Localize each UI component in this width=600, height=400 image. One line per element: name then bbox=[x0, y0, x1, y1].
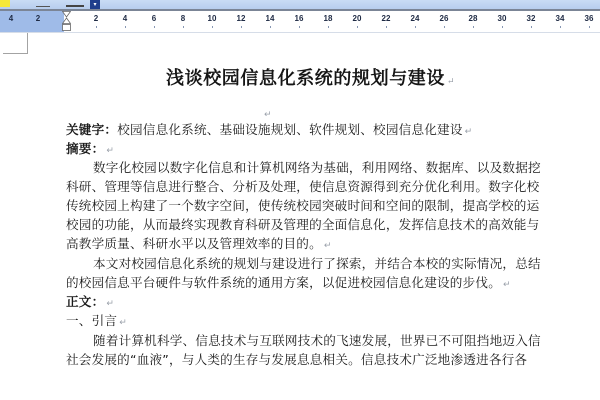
ruler-label: 14 bbox=[262, 14, 278, 23]
abstract-line-text: 的校园信息平台硬件与软件系统的通用方案，以促进校园信息化建设的步伐。 bbox=[66, 275, 501, 290]
ruler-label: 2 bbox=[30, 14, 46, 23]
ruler-label: 32 bbox=[523, 14, 539, 23]
abstract-line: 数字化校园以数字化信息和计算机网络为基础，利用网络、数据库、以及数据挖 bbox=[66, 160, 541, 176]
highlight-color-icon[interactable] bbox=[0, 0, 10, 7]
abstract-line: 科研、管理等信息进行整合、分析及处理，使信息资源得到充分优化利用。数字化校 bbox=[66, 179, 539, 195]
ruler-label: 2 bbox=[88, 14, 104, 23]
abstract-line: 校园的功能，从而最终实现教育科研及管理的全面信息化，发挥信息技术的高效能与 bbox=[66, 217, 539, 233]
ruler-minor-tick bbox=[473, 26, 474, 28]
body-line: 随着计算机科学、信息技术与互联网技术的飞速发展，世界已不可阻挡地迈入信 bbox=[66, 333, 541, 349]
paragraph-mark-icon: ↵ bbox=[447, 77, 455, 87]
document-title: 浅谈校园信息化系统的规划与建设↵ bbox=[166, 64, 455, 90]
toolbar-strip: ▾ bbox=[0, 0, 600, 11]
paragraph-mark-icon: ↵ bbox=[264, 110, 272, 120]
ruler-label: 4 bbox=[3, 14, 19, 23]
ruler-label: 26 bbox=[436, 14, 452, 23]
horizontal-ruler[interactable]: 4 2 2 4 6 8 10 12 14 16 18 20 22 24 26 2… bbox=[0, 11, 600, 33]
format-painter-icon[interactable] bbox=[36, 0, 50, 7]
ruler-minor-tick bbox=[241, 26, 242, 28]
ruler-label: 20 bbox=[349, 14, 365, 23]
ruler-minor-tick bbox=[357, 26, 358, 28]
ruler-label: 4 bbox=[117, 14, 133, 23]
abstract-line-text: 高教学质量、科研水平以及管理效率的目的。 bbox=[66, 236, 322, 251]
abstract-line: 本文对校园信息化系统的规划与建设进行了探索，并结合本校的实际情况，总结 bbox=[66, 256, 541, 272]
paragraph-mark-icon: ↵ bbox=[324, 241, 332, 251]
abstract-label: 摘要： bbox=[66, 141, 104, 156]
ruler-minor-tick bbox=[96, 26, 97, 28]
ruler-minor-tick bbox=[183, 26, 184, 28]
border-icon[interactable] bbox=[66, 0, 84, 7]
ruler-minor-tick bbox=[270, 26, 271, 28]
paragraph-mark-icon: ↵ bbox=[503, 280, 511, 290]
ruler-label: 8 bbox=[175, 14, 191, 23]
ruler-label: 6 bbox=[146, 14, 162, 23]
empty-paragraph: ↵ bbox=[262, 102, 272, 121]
keywords-line: 关键字：校园信息化系统、基础设施规划、软件规划、校园信息化建设↵ bbox=[66, 122, 472, 140]
keywords-text: 校园信息化系统、基础设施规划、软件规划、校园信息化建设 bbox=[117, 122, 462, 137]
abstract-heading: 摘要：↵ bbox=[66, 141, 114, 159]
abstract-line: 传统校园上构建了一个数字空间，使传统校园突破时间和空间的限制，提高学校的运 bbox=[66, 198, 539, 214]
abstract-line-end: 高教学质量、科研水平以及管理效率的目的。↵ bbox=[66, 236, 332, 254]
page-margin-corner bbox=[3, 33, 28, 54]
ruler-minor-tick bbox=[328, 26, 329, 28]
ruler-label: 28 bbox=[465, 14, 481, 23]
section-heading-text: 一、引言 bbox=[66, 313, 117, 328]
body-heading: 正文：↵ bbox=[66, 294, 114, 312]
ruler-minor-tick bbox=[125, 26, 126, 28]
body-label: 正文： bbox=[66, 294, 104, 309]
ruler-label: 34 bbox=[552, 14, 568, 23]
toolbar-options-dropdown[interactable]: ▾ bbox=[90, 0, 100, 9]
indent-marker-handle[interactable] bbox=[62, 11, 71, 33]
ruler-label: 18 bbox=[320, 14, 336, 23]
ruler-label: 30 bbox=[494, 14, 510, 23]
title-text: 浅谈校园信息化系统的规划与建设 bbox=[166, 68, 445, 89]
ruler-label: 36 bbox=[581, 14, 597, 23]
keywords-label: 关键字： bbox=[66, 122, 117, 137]
paragraph-mark-icon: ↵ bbox=[106, 146, 114, 156]
ruler-label: 22 bbox=[378, 14, 394, 23]
ruler-minor-tick bbox=[444, 26, 445, 28]
ruler-minor-tick bbox=[212, 26, 213, 28]
ruler-label: 12 bbox=[233, 14, 249, 23]
ruler-label: 24 bbox=[407, 14, 423, 23]
ruler-minor-tick bbox=[154, 26, 155, 28]
abstract-line-end: 的校园信息平台硬件与软件系统的通用方案，以促进校园信息化建设的步伐。↵ bbox=[66, 275, 511, 293]
ruler-minor-tick bbox=[560, 26, 561, 28]
ruler-label: 10 bbox=[204, 14, 220, 23]
body-line: 社会发展的“血液”，与人类的生存与发展息息相关。信息技术广泛地渗透进各行各 bbox=[66, 352, 527, 368]
ruler-minor-tick bbox=[299, 26, 300, 28]
ruler-minor-tick bbox=[502, 26, 503, 28]
paragraph-mark-icon: ↵ bbox=[465, 127, 473, 137]
ruler-minor-tick bbox=[386, 26, 387, 28]
section-heading: 一、引言↵ bbox=[66, 313, 127, 331]
ruler-minor-tick bbox=[531, 26, 532, 28]
paragraph-mark-icon: ↵ bbox=[119, 318, 127, 328]
paragraph-mark-icon: ↵ bbox=[106, 299, 114, 309]
ruler-minor-tick bbox=[415, 26, 416, 28]
ruler-minor-tick bbox=[589, 26, 590, 28]
ruler-label: 16 bbox=[291, 14, 307, 23]
